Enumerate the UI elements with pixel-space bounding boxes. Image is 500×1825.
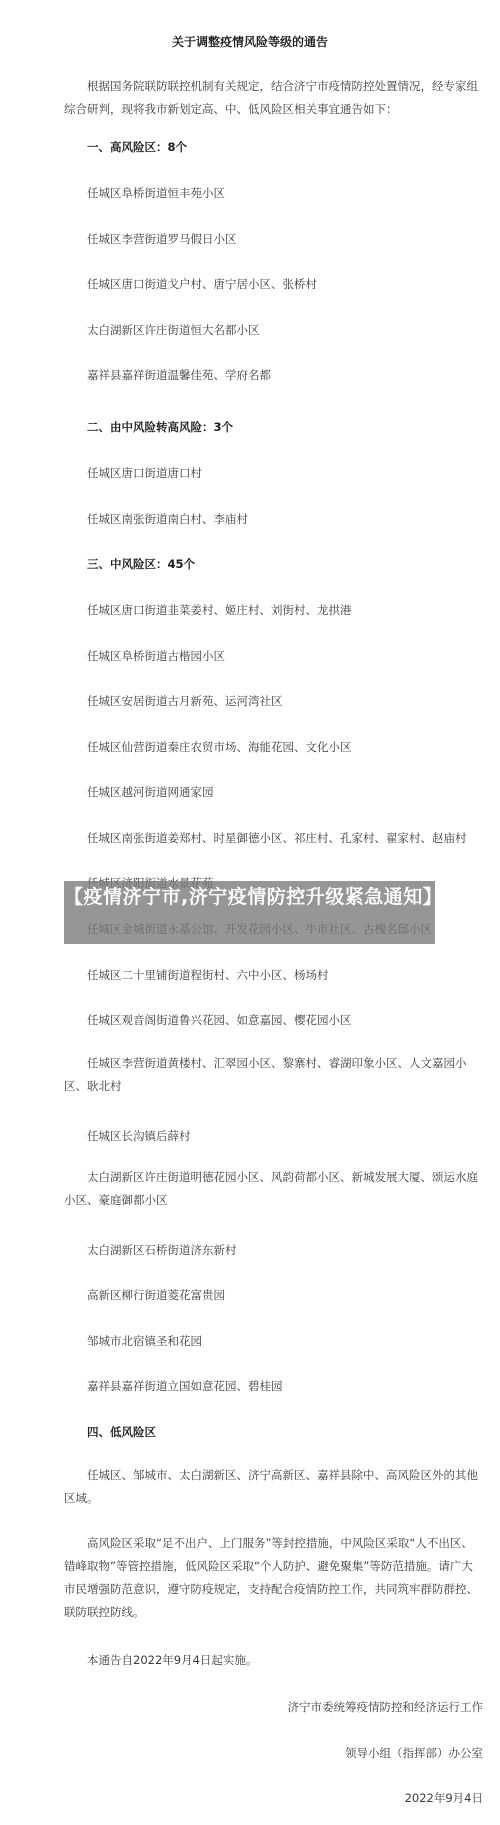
list-item: 太白湖新区许庄街道恒大名都小区 (87, 323, 260, 338)
list-item: 嘉祥县嘉祥街道温馨佳苑、学府名都 (87, 368, 271, 383)
section-heading-low-risk: 四、低风险区 (87, 1425, 156, 1440)
list-item: 邹城市北宿镇圣和花园 (87, 1334, 202, 1349)
list-item: 任城区阜桥街道古楷园小区 (87, 649, 225, 664)
list-item: 任城区安居街道古月新苑、运河湾社区 (87, 694, 283, 709)
intro-paragraph: 根据国务院联防联控机制有关规定，结合济宁市疫情防控处置情况，经专家组综合研判，现… (64, 75, 484, 121)
list-item: 任城区李营街道罗马假日小区 (87, 232, 237, 247)
caption-overlay-text: 【疫情济宁市,济宁疫情防控升级紧急通知】 (64, 883, 435, 911)
signature-line-1: 济宁市委统筹疫情防控和经济运行工作 (288, 1699, 484, 1715)
list-item: 任城区南张街道南白村、李庙村 (87, 512, 248, 527)
list-item: 高新区柳行街道菱花富贵园 (87, 1288, 225, 1303)
section-heading-high-risk: 一、高风险区：8个 (87, 140, 187, 155)
list-item: 任城区李营街道黄楼村、汇翠园小区、黎寨村、睿湖印象小区、人文嘉园小区、耿北村 (64, 1052, 484, 1098)
section-heading-medium-to-high: 二、由中风险转高风险：3个 (87, 420, 233, 435)
list-item: 太白湖新区石桥街道济东新村 (87, 1243, 237, 1258)
list-item: 任城区唐口街道唐口村 (87, 466, 202, 481)
list-item: 任城区越河街道网通家园 (87, 785, 214, 800)
signature-line-2: 领导小组（指挥部）办公室 (345, 1745, 483, 1761)
list-item: 任城区南张街道姜郑村、时星御德小区、祁庄村、孔家村、翟家村、赵庙村 (87, 831, 467, 846)
list-item: 任城区长沟镇后薛村 (87, 1129, 191, 1144)
measures-paragraph: 高风险区采取“足不出户、上门服务”等封控措施，中风险区采取“人不出区、错峰取物”… (64, 1532, 484, 1624)
list-item: 嘉祥县嘉祥街道立国如意花园、碧桂园 (87, 1379, 283, 1394)
list-item: 任城区唐口街道戈户村、唐宁居小区、张桥村 (87, 277, 317, 292)
list-item: 太白湖新区许庄街道明德花园小区、风韵荷都小区、新城发展大厦、颂运水庭小区、豪庭御… (64, 1166, 484, 1212)
section-heading-medium-risk: 三、中风险区：45个 (87, 557, 195, 572)
list-item: 任城区二十里铺街道程街村、六中小区、杨场村 (87, 968, 329, 983)
list-item: 任城区阜桥街道恒丰苑小区 (87, 186, 225, 201)
list-item: 任城区观音阁街道鲁兴花园、如意嘉园、樱花园小区 (87, 1013, 352, 1028)
list-item: 任城区、邹城市、太白湖新区、济宁高新区、嘉祥县除中、高风险区外的其他区域。 (64, 1464, 484, 1510)
list-item: 任城区唐口街道韭菜姜村、姬庄村、刘街村、龙拱港 (87, 603, 352, 618)
effective-date-statement: 本通告自2022年9月4日起实施。 (87, 1653, 257, 1668)
signature-date: 2022年9月4日 (405, 1790, 483, 1806)
list-item: 任城区仙营街道秦庄农贸市场、海能花园、文化小区 (87, 740, 352, 755)
document-title: 关于调整疫情风险等级的通告 (0, 33, 500, 50)
